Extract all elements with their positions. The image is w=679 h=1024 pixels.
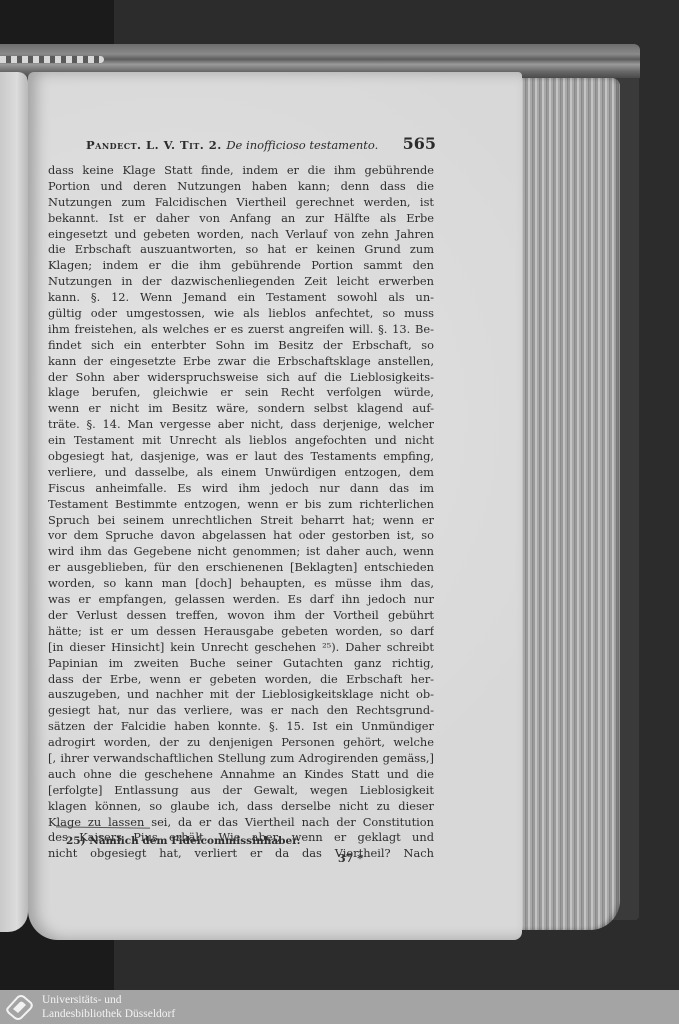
library-footer: Universitäts- und Landesbibliothek Düsse… (0, 990, 679, 1024)
text-line: obgesiegt hat, dasjenige, was er laut de… (48, 449, 434, 465)
running-head: Pandect. L. V. Tit. 2. De inofficioso te… (86, 138, 378, 152)
text-line: träte. §. 14. Man vergesse aber nicht, d… (48, 417, 434, 433)
footnote: 25) Nämlich dem Fideicommissinhaber. (66, 835, 300, 847)
institution-line-2: Landesbibliothek Düsseldorf (42, 1007, 175, 1021)
text-line: wenn er nicht im Besitz wäre, sondern se… (48, 401, 434, 417)
text-line: Papinian im zweiten Buche seiner Gutacht… (48, 656, 434, 672)
text-line: ein Testament mit Unrecht als lieblos an… (48, 433, 434, 449)
running-header: Pandect. L. V. Tit. 2. De inofficioso te… (86, 134, 436, 153)
text-line: [, ihrer verwandschaftlichen Stellung zu… (48, 751, 434, 767)
text-line: Testament Bestimmte entzogen, wenn er bi… (48, 497, 434, 513)
institution-name: Universitäts- und Landesbibliothek Düsse… (42, 993, 175, 1021)
book-headband (0, 56, 104, 63)
running-head-title: De inofficioso testamento. (226, 138, 378, 152)
institution-line-1: Universitäts- und (42, 993, 175, 1007)
text-line: [in dieser Hinsicht] kein Unrecht gesche… (48, 640, 434, 656)
text-line: verliere, und dasselbe, als einem Unwürd… (48, 465, 434, 481)
text-line: kann. §. 12. Wenn Jemand ein Testament s… (48, 290, 434, 306)
text-line: Nutzungen zum Falcidischen Viertheil ger… (48, 195, 434, 211)
text-line: [erfolgte] Entlassung aus der Gewalt, we… (48, 783, 434, 799)
text-line: sätzen der Falcidie haben konnte. §. 15.… (48, 719, 434, 735)
left-page-edge (0, 72, 28, 932)
text-line: wird ihm das Gegebene nicht genommen; is… (48, 544, 434, 560)
text-line: dass keine Klage Statt finde, indem er d… (48, 163, 434, 179)
signature-mark: 37 * (338, 852, 363, 865)
running-head-section: Pandect. L. V. Tit. 2. (86, 138, 222, 152)
text-line: gesiegt hat, nur das verliere, was er na… (48, 703, 434, 719)
text-line: Spruch bei seinem unrechtlichen Streit b… (48, 513, 434, 529)
text-line: findet sich ein enterbter Sohn im Besitz… (48, 338, 434, 354)
text-line: adrogirt worden, der zu denjenigen Perso… (48, 735, 434, 751)
text-line: er ausgeblieben, für den erschienenen [B… (48, 560, 434, 576)
text-line: der Verlust dessen treffen, wovon ihm de… (48, 608, 434, 624)
page-number: 565 (403, 134, 436, 153)
text-line: bekannt. Ist er daher von Anfang an zur … (48, 211, 434, 227)
text-line: Portion und deren Nutzungen haben kann; … (48, 179, 434, 195)
text-line: eingesetzt und gebeten worden, nach Verl… (48, 227, 434, 243)
body-text: dass keine Klage Statt finde, indem er d… (48, 163, 434, 862)
text-line: Nutzungen in der dazwischenliegenden Zei… (48, 274, 434, 290)
text-line: kann der eingesetzte Erbe zwar die Erbsc… (48, 354, 434, 370)
book-fore-edge (512, 78, 620, 930)
text-line: ihm freistehen, als welches er es zuerst… (48, 322, 434, 338)
text-line: dass der Erbe, wenn er gebeten worden, d… (48, 672, 434, 688)
text-line: auszugeben, und nachher mit der Lieblosi… (48, 687, 434, 703)
text-line: klagen können, so glaube ich, dass derse… (48, 799, 434, 815)
text-line: der Sohn aber widerspruchsweise sich auf… (48, 370, 434, 386)
scanned-book-image: Pandect. L. V. Tit. 2. De inofficioso te… (0, 0, 679, 990)
text-line: hätte; ist er um dessen Herausgabe gebet… (48, 624, 434, 640)
text-line: klage berufen, gleichwie er sein Recht v… (48, 385, 434, 401)
text-line: Fiscus anheimfalle. Es wird ihm jedoch n… (48, 481, 434, 497)
text-line: worden, so kann man [doch] behaupten, es… (48, 576, 434, 592)
text-line: vor dem Spruche davon abgelassen hat ode… (48, 528, 434, 544)
text-line: nicht obgesiegt hat, verliert er da das … (48, 846, 434, 862)
text-line: die Erbschaft auszuantworten, so hat er … (48, 242, 434, 258)
text-line: was er empfangen, gelassen werden. Es da… (48, 592, 434, 608)
text-line: gültig oder umgestossen, wie als lieblos… (48, 306, 434, 322)
ulb-logo-icon (4, 992, 34, 1022)
text-line: Klagen; indem er die ihm gebührende Port… (48, 258, 434, 274)
text-line: auch ohne die geschehene Annahme an Kind… (48, 767, 434, 783)
